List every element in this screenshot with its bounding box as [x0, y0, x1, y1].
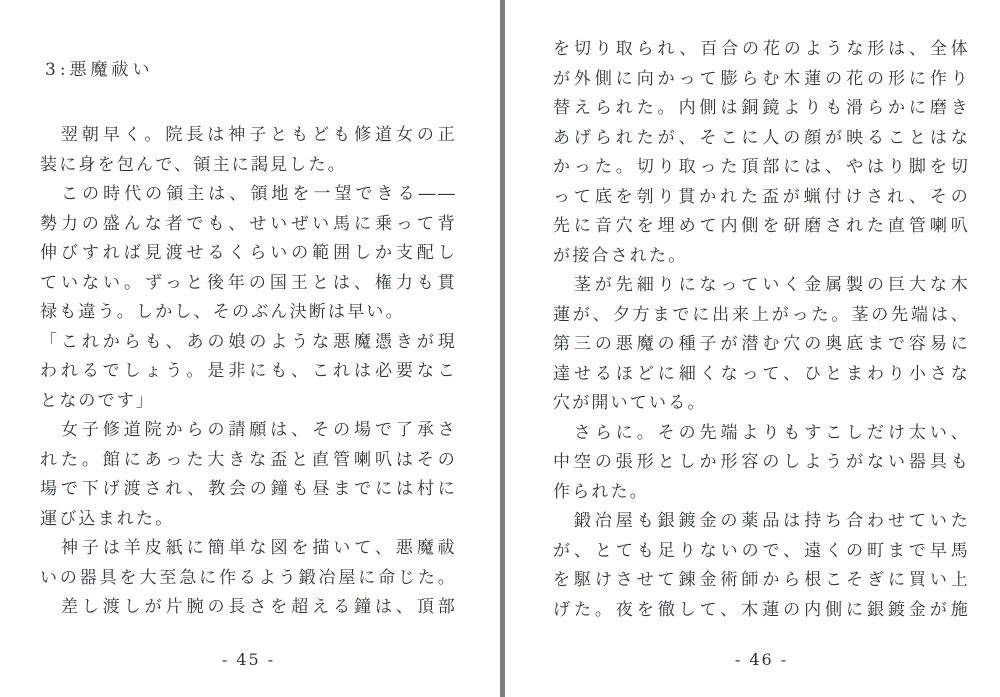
text-line: ていない。ずっと後年の国王とは、権力も貫	[40, 269, 457, 299]
text-line: 翌朝早く。院長は神子ともども修道女の正	[40, 121, 457, 151]
page-right: を切り取られ、百合の花のような形は、全体が外側に向かって膨らむ木蓮の花の形に作り…	[505, 0, 1000, 697]
text-line: 蓮が、夕方までに出来上がった。茎の先端は、	[553, 301, 970, 331]
text-line: 装に身を包んで、領主に謁見した。	[40, 151, 457, 181]
text-line: さらに。その先端よりもすこしだけ太い、	[553, 419, 970, 449]
left-page-text-column: 翌朝早く。院長は神子ともども修道女の正装に身を包んで、領主に謁見した。 この時代…	[40, 121, 457, 623]
text-line: いの器具を大至急に作るよう鍛冶屋に命じた。	[40, 564, 457, 594]
text-line: 第三の悪魔の種子が潜む穴の奥底まで容易に	[553, 330, 970, 360]
text-line: を切り取られ、百合の花のような形は、全体	[553, 35, 970, 65]
text-line: 運び込まれた。	[40, 505, 457, 535]
text-line: が、とても足りないので、遠くの町まで早馬	[553, 537, 970, 567]
text-line: を駆けさせて錬金術師から根こそぎに買い上	[553, 566, 970, 596]
text-line: となのです」	[40, 387, 457, 417]
text-line: 替えられた。内側は銅鏡よりも滑らかに磨き	[553, 94, 970, 124]
text-line: って底を刳り貫かれた盃が蝋付けされ、その	[553, 183, 970, 213]
text-line: げた。夜を徹して、木蓮の内側に銀鍍金が施	[553, 596, 970, 626]
text-line: 茎が先細りになっていく金属製の巨大な木	[553, 271, 970, 301]
text-line: あげられたが、そこに人の顔が映ることはな	[553, 124, 970, 154]
page-left: 3:悪魔祓い 翌朝早く。院長は神子ともども修道女の正装に身を包んで、領主に謁見し…	[0, 0, 500, 697]
book-reader-spread: 3:悪魔祓い 翌朝早く。院長は神子ともども修道女の正装に身を包んで、領主に謁見し…	[0, 0, 1000, 697]
text-line: が外側に向かって膨らむ木蓮の花の形に作り	[553, 65, 970, 95]
text-line: 先に音穴を埋めて内側を研磨された直管喇叭	[553, 212, 970, 242]
text-line: 禄も違う。しかし、そのぶん決断は早い。	[40, 298, 457, 328]
right-page-text-column: を切り取られ、百合の花のような形は、全体が外側に向かって膨らむ木蓮の花の形に作り…	[553, 35, 970, 625]
text-line: 達せるほどに細くなって、ひとまわり小さな	[553, 360, 970, 390]
text-line: が接合された。	[553, 242, 970, 272]
text-line: 作られた。	[553, 478, 970, 508]
chapter-heading: 3:悪魔祓い	[45, 55, 154, 85]
text-line: 鍛冶屋も銀鍍金の薬品は持ち合わせていた	[553, 507, 970, 537]
text-line: 「これからも、あの娘のような悪魔憑きが現	[40, 328, 457, 358]
text-line: 神子は羊皮紙に簡単な図を描いて、悪魔祓	[40, 534, 457, 564]
text-line: 場で下げ渡され、教会の鐘も昼までには村に	[40, 475, 457, 505]
text-line: 女子修道院からの請願は、その場で了承さ	[40, 416, 457, 446]
page-number-left: - 45 -	[40, 650, 457, 669]
text-line: れた。館にあった大きな盃と直管喇叭はその	[40, 446, 457, 476]
text-line: この時代の領主は、領地を一望できる――	[40, 180, 457, 210]
text-line: 勢力の盛んな者でも、せいぜい馬に乗って背	[40, 210, 457, 240]
page-number-right: - 46 -	[553, 650, 970, 669]
text-line: かった。切り取った頂部には、やはり脚を切	[553, 153, 970, 183]
text-line: 差し渡しが片腕の長さを超える鐘は、頂部	[40, 593, 457, 623]
text-line: 穴が開いている。	[553, 389, 970, 419]
text-line: 伸びすれば見渡せるくらいの範囲しか支配し	[40, 239, 457, 269]
text-line: われるでしょう。是非にも、これは必要なこ	[40, 357, 457, 387]
text-line: 中空の張形としか形容のしようがない器具も	[553, 448, 970, 478]
